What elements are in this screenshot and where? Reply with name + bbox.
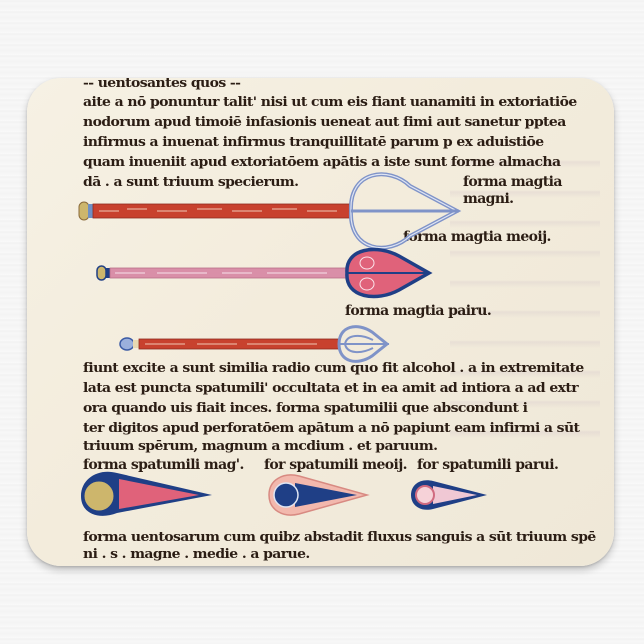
illustrations bbox=[27, 78, 614, 566]
lancet-medium-icon bbox=[97, 249, 431, 296]
mousepad: -- uentosantes quos -- aite a nō ponuntu… bbox=[27, 78, 614, 566]
spatula-small-icon bbox=[411, 480, 487, 510]
lancet-large-icon bbox=[79, 174, 459, 247]
spatula-large-icon bbox=[81, 472, 212, 516]
lancet-small-icon bbox=[120, 327, 389, 362]
spatula-medium-icon bbox=[269, 475, 367, 515]
